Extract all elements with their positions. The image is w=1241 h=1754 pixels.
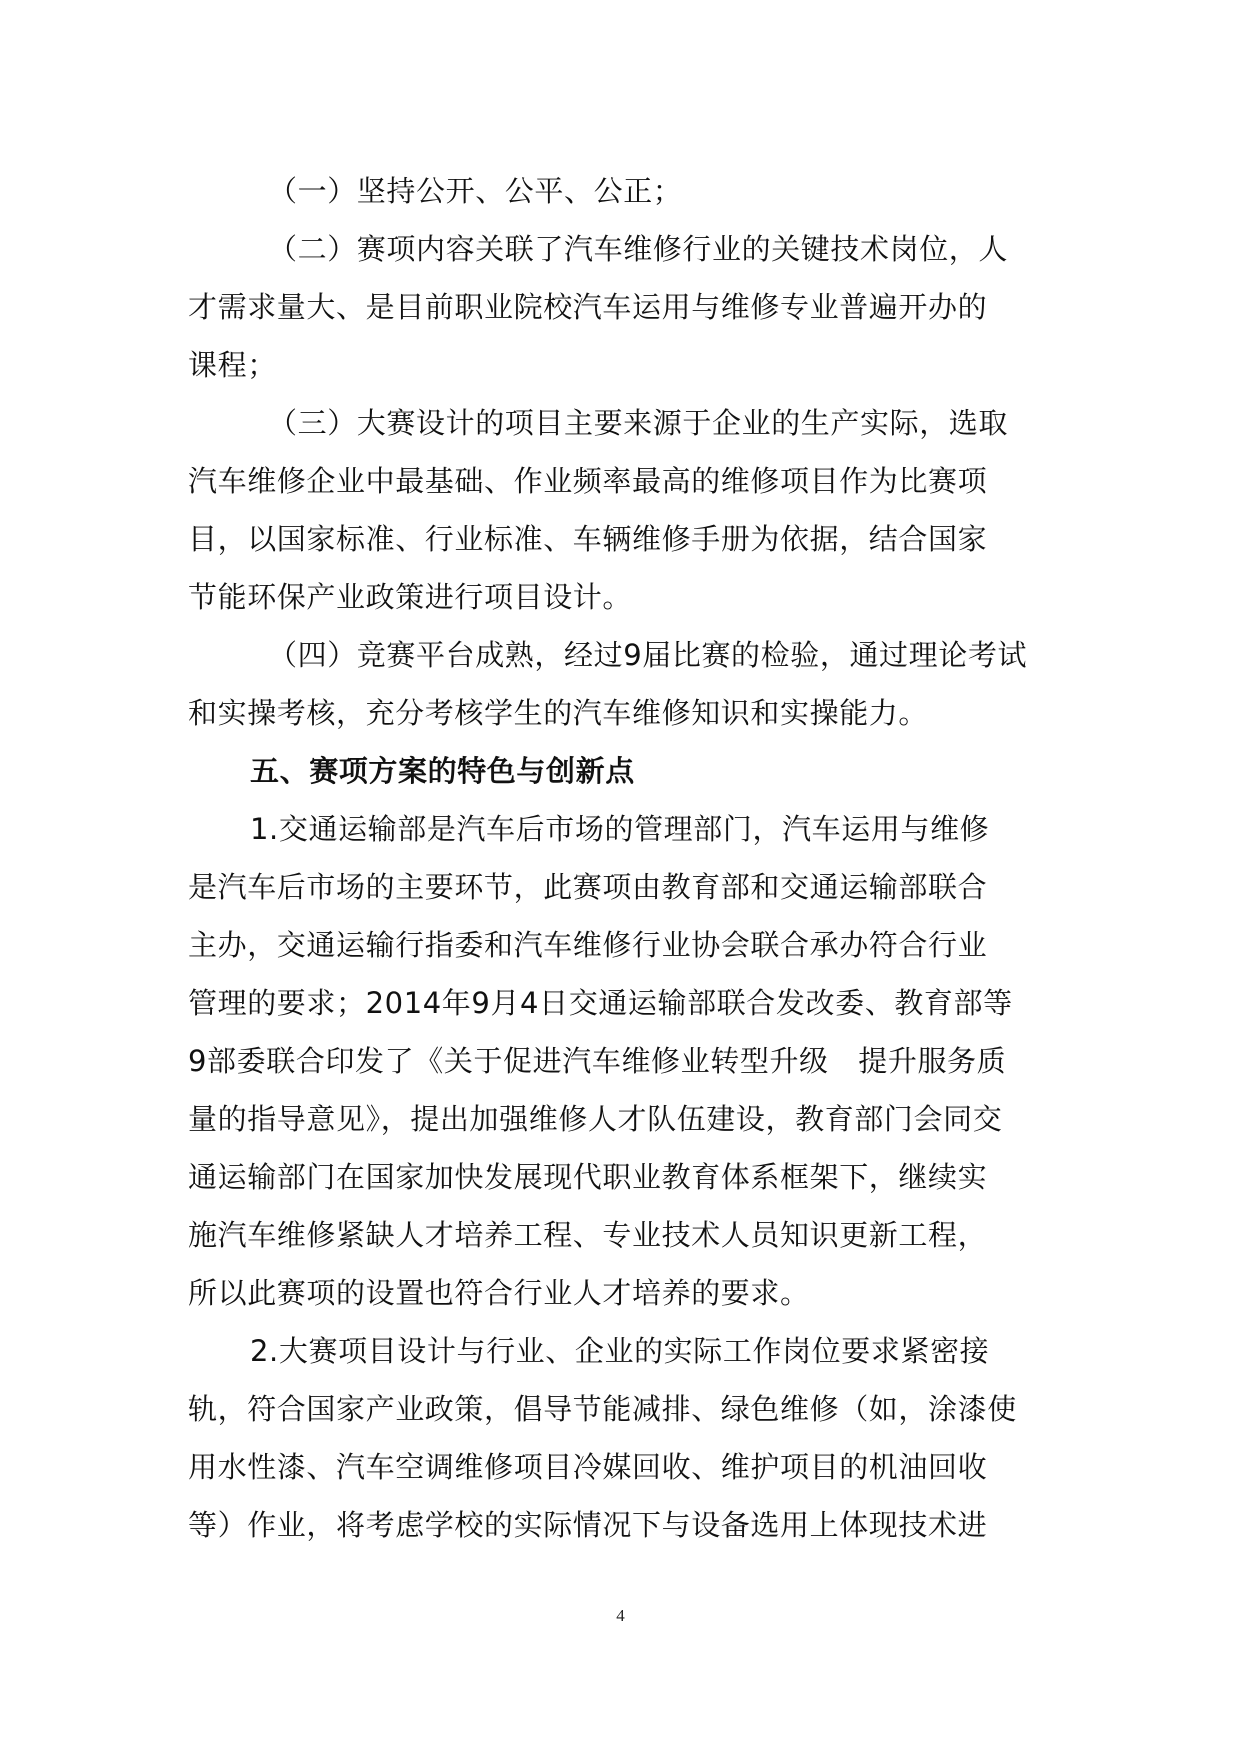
point-one-line-5: 9部委联合印发了《关于促进汽车维修业转型升级 提升服务质 — [188, 1032, 1058, 1090]
point-one-line-8: 施汽车维修紧缺人才培养工程、专业技术人员知识更新工程， — [188, 1206, 1058, 1264]
list-item-two-line-2: 才需求量大、是目前职业院校汽车运用与维修专业普遍开办的 — [188, 278, 1058, 336]
list-item-two-line-1: （二）赛项内容关联了汽车维修行业的关键技术岗位，人 — [188, 220, 1058, 278]
list-item-three-line-1: （三）大赛设计的项目主要来源于企业的生产实际，选取 — [188, 394, 1058, 452]
point-two-line-3: 用水性漆、汽车空调维修项目冷媒回收、维护项目的机油回收 — [188, 1438, 1058, 1496]
list-item-three-line-4: 节能环保产业政策进行项目设计。 — [188, 568, 1058, 626]
point-one-line-9: 所以此赛项的设置也符合行业人才培养的要求。 — [188, 1264, 1058, 1322]
document-page: （一）坚持公开、公平、公正； （二）赛项内容关联了汽车维修行业的关键技术岗位，人… — [0, 0, 1241, 1754]
list-item-four-line-1: （四）竞赛平台成熟，经过9届比赛的检验，通过理论考试 — [188, 626, 1058, 684]
point-one-line-2: 是汽车后市场的主要环节，此赛项由教育部和交通运输部联合 — [188, 858, 1058, 916]
body-text: （一）坚持公开、公平、公正； （二）赛项内容关联了汽车维修行业的关键技术岗位，人… — [188, 162, 1058, 1554]
point-two-line-4: 等）作业，将考虑学校的实际情况下与设备选用上体现技术进 — [188, 1496, 1058, 1554]
section-heading: 五、赛项方案的特色与创新点 — [188, 742, 1058, 800]
point-one-line-7: 通运输部门在国家加快发展现代职业教育体系框架下，继续实 — [188, 1148, 1058, 1206]
point-one-line-1: 1.交通运输部是汽车后市场的管理部门，汽车运用与维修 — [188, 800, 1058, 858]
page-number: 4 — [0, 1606, 1241, 1626]
point-one-line-4: 管理的要求；2014年9月4日交通运输部联合发改委、教育部等 — [188, 974, 1058, 1032]
list-item-four-line-2: 和实操考核，充分考核学生的汽车维修知识和实操能力。 — [188, 684, 1058, 742]
list-item-three-line-2: 汽车维修企业中最基础、作业频率最高的维修项目作为比赛项 — [188, 452, 1058, 510]
point-two-line-2: 轨，符合国家产业政策，倡导节能减排、绿色维修（如，涂漆使 — [188, 1380, 1058, 1438]
list-item-one: （一）坚持公开、公平、公正； — [188, 162, 1058, 220]
point-one-line-3: 主办，交通运输行指委和汽车维修行业协会联合承办符合行业 — [188, 916, 1058, 974]
point-two-line-1: 2.大赛项目设计与行业、企业的实际工作岗位要求紧密接 — [188, 1322, 1058, 1380]
list-item-two-line-3: 课程； — [188, 336, 1058, 394]
list-item-three-line-3: 目，以国家标准、行业标准、车辆维修手册为依据，结合国家 — [188, 510, 1058, 568]
point-one-line-6: 量的指导意见》，提出加强维修人才队伍建设，教育部门会同交 — [188, 1090, 1058, 1148]
